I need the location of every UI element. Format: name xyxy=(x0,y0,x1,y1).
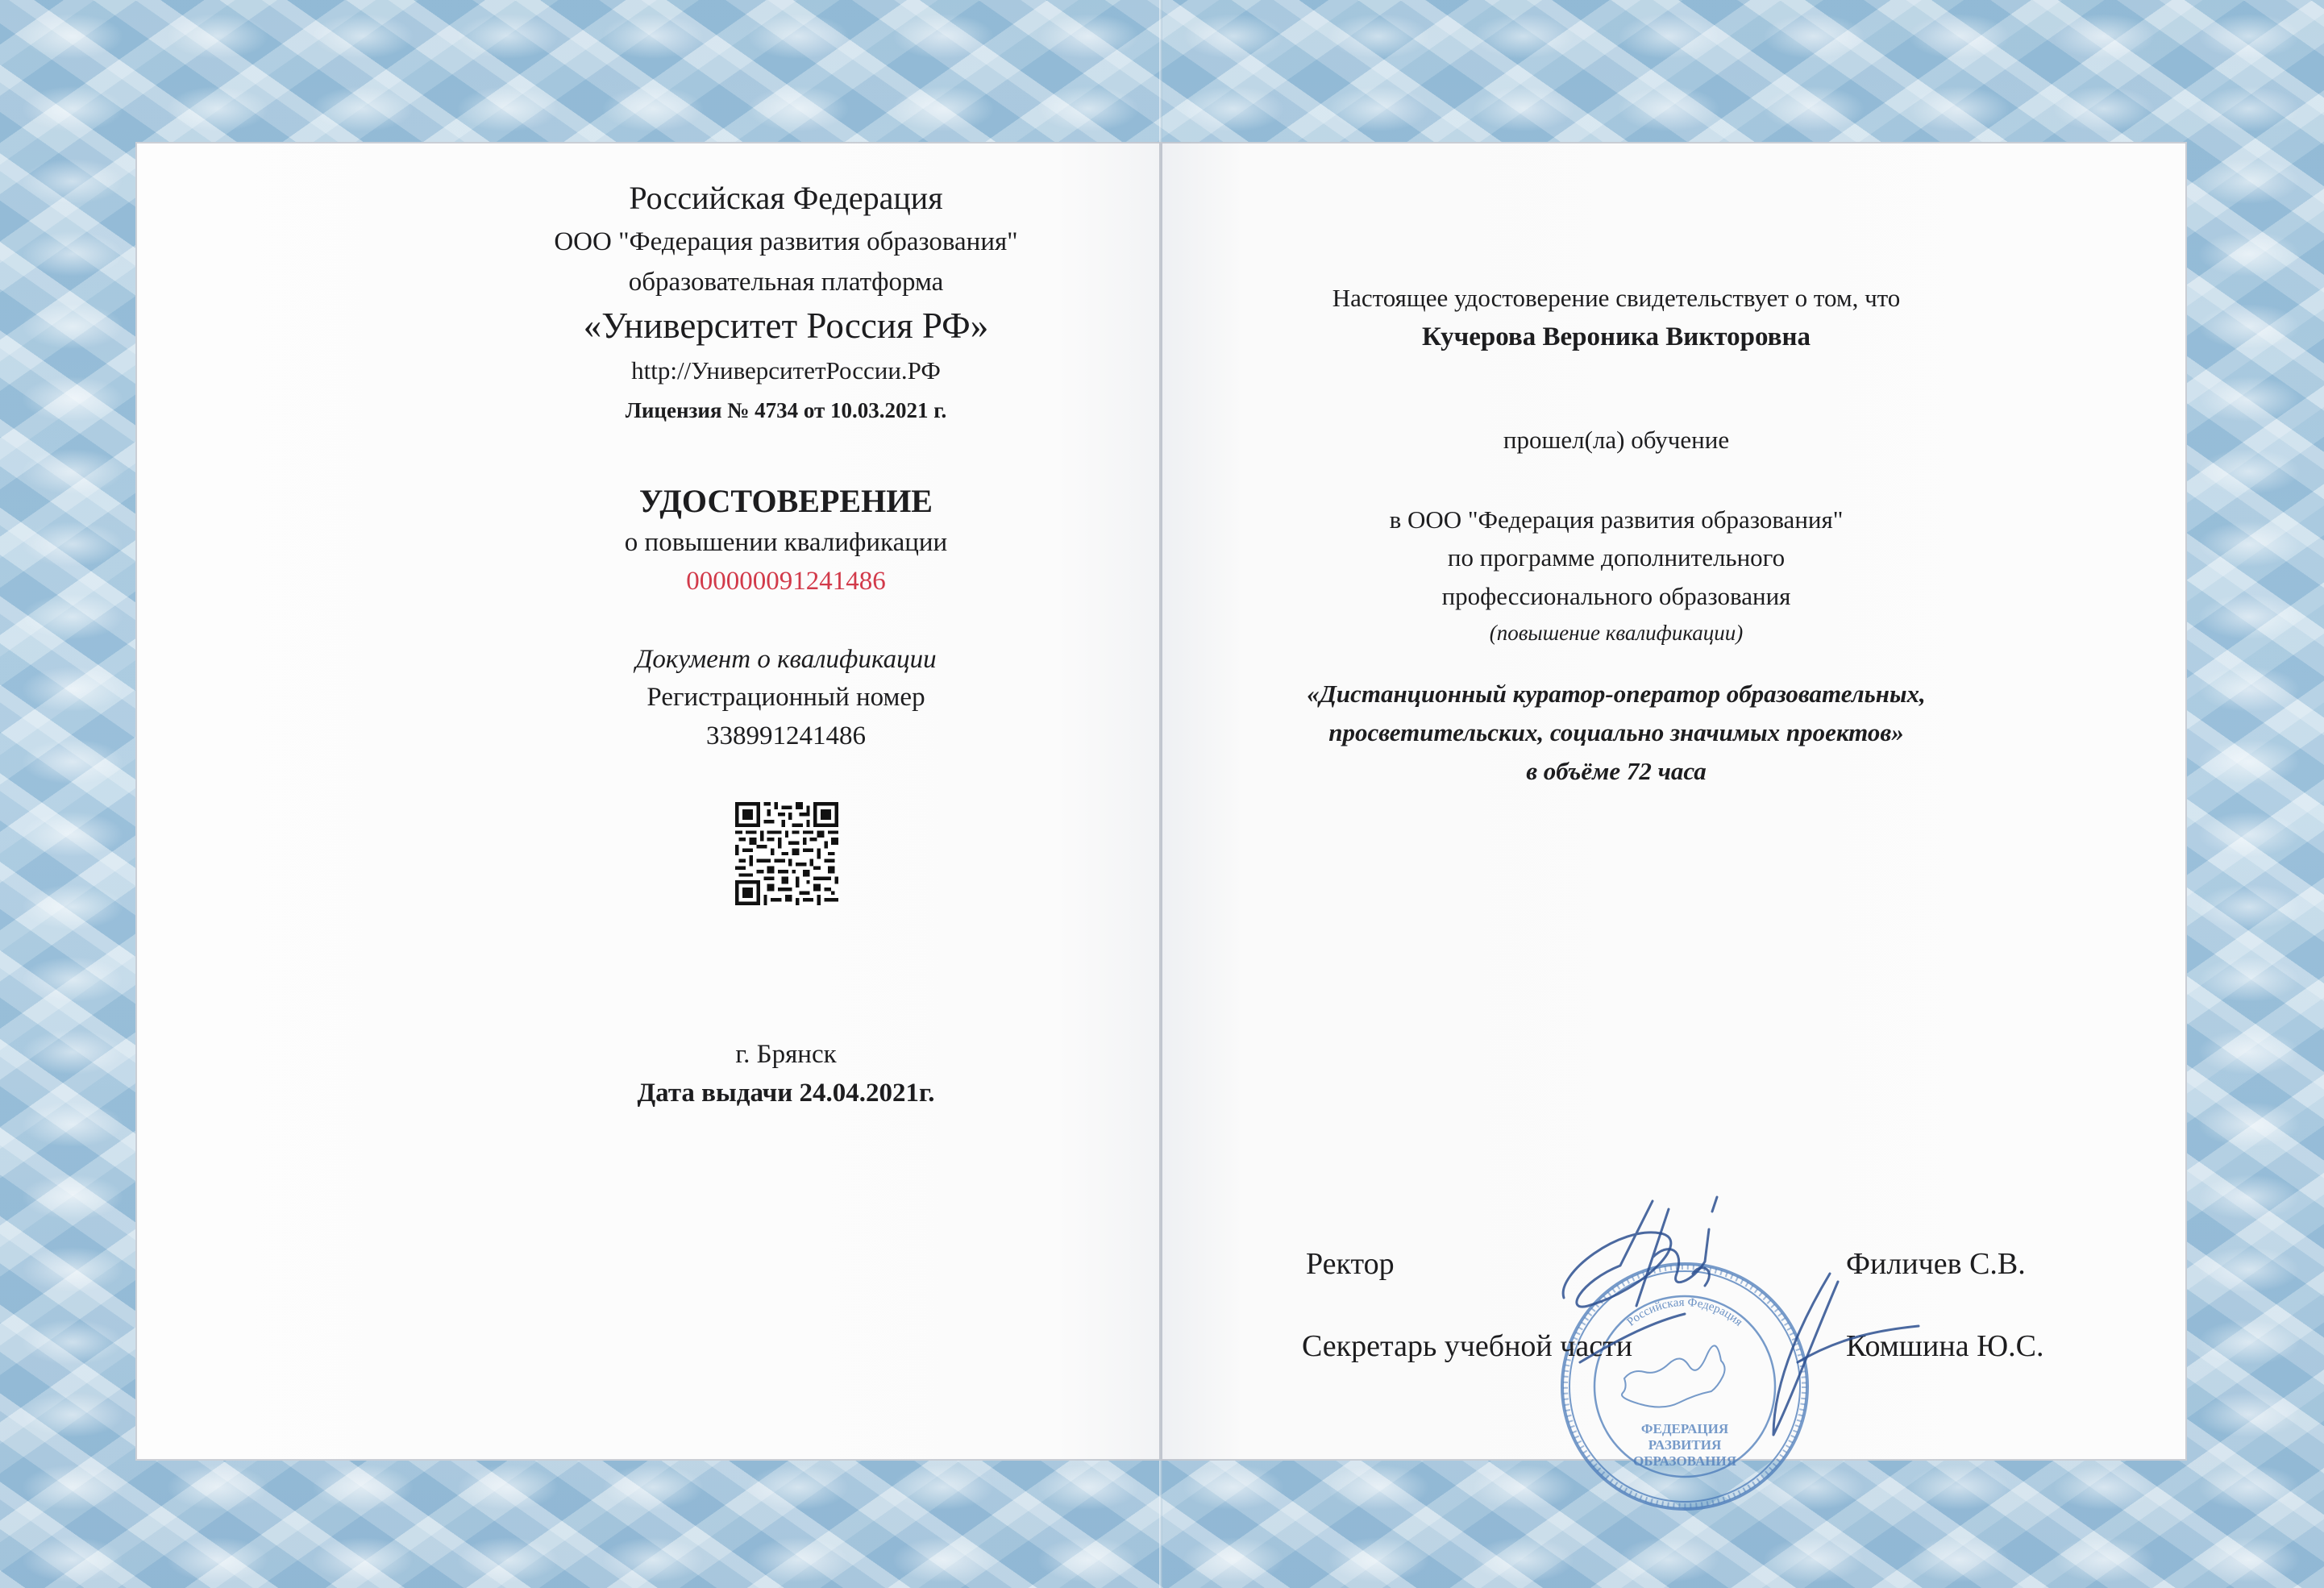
registration-label: Регистрационный номер xyxy=(646,683,925,713)
document-kind: Документ о квалификации xyxy=(635,645,936,675)
document-subtitle: о повышении квалификации xyxy=(625,528,947,558)
holder-name: Кучерова Вероника Викторовна xyxy=(1422,322,1811,352)
organization-name: ООО "Федерация развития образования" xyxy=(554,227,1017,257)
issue-date: Дата выдачи 24.04.2021г. xyxy=(637,1079,934,1108)
issue-city: г. Брянск xyxy=(735,1040,836,1070)
program-line-2: профессионального образования xyxy=(1442,582,1791,611)
course-title-line-2: просветительских, социально значимых про… xyxy=(1328,718,1903,747)
organization-line: в ООО "Федерация развития образования" xyxy=(1390,505,1844,534)
serial-number: 000000091241486 xyxy=(686,567,886,597)
document-title: УДОСТОВЕРЕНИЕ xyxy=(639,482,933,520)
course-hours: в объёме 72 часа xyxy=(1526,757,1707,786)
platform-label: образовательная платформа xyxy=(629,268,944,297)
registration-number: 338991241486 xyxy=(706,721,866,751)
country-title: Российская Федерация xyxy=(629,179,942,217)
rector-role: Ректор xyxy=(1306,1246,1395,1282)
signature-icon xyxy=(1532,1193,1983,1459)
website-link: http://УниверситетРоссии.РФ xyxy=(631,356,941,385)
program-line-1: по программе дополнительного xyxy=(1448,543,1785,572)
completed-text: прошел(ла) обучение xyxy=(1503,426,1729,455)
course-title-line-1: «Дистанционный куратор-оператор образова… xyxy=(1307,680,1925,709)
program-type: (повышение квалификации) xyxy=(1490,621,1744,646)
intro-text: Настоящее удостоверение свидетельствует … xyxy=(1332,284,1901,313)
platform-name: «Университет Россия РФ» xyxy=(584,305,988,347)
license-info: Лицензия № 4734 от 10.03.2021 г. xyxy=(626,398,947,423)
qr-code-icon xyxy=(731,802,842,905)
